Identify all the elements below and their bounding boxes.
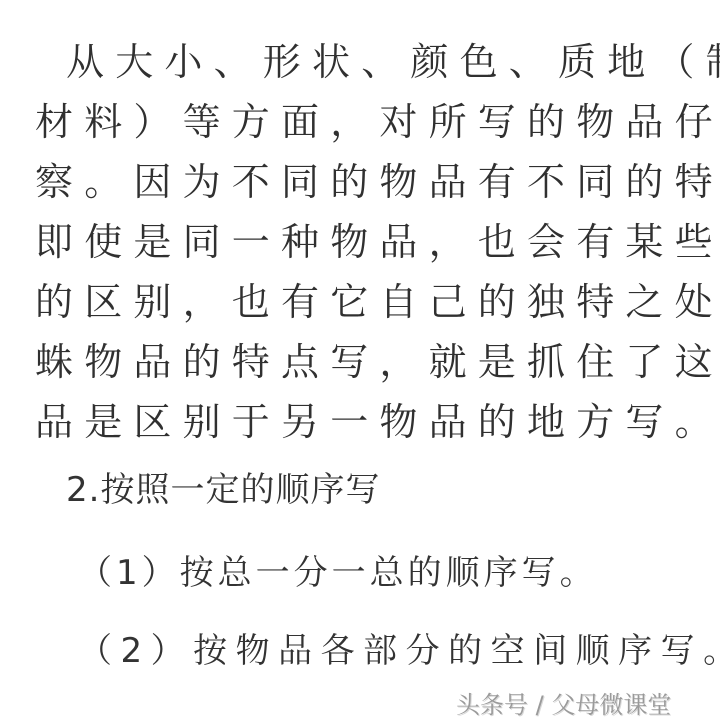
paragraph-line: 的区别，也有它自己的独特之处。蛛 [35,272,685,332]
paragraph-line: 察。因为不同的物品有不同的特点， [35,152,685,212]
section-heading: 2.按照一定的顺序写 [66,462,380,518]
paragraph-line: 品是区别于另一物品的地方写。 [35,392,685,452]
list-item: （1）按总一分一总的顺序写。 [78,545,598,601]
paragraph-line: 材料）等方面，对所写的物品仔细观 [35,92,685,152]
source-watermark: 头条号 / 父母微课堂 [456,688,671,722]
paragraph-line: 从大小、形状、颜色、质地（制造 [66,32,716,92]
paragraph-line: 即使是同一种物品，也会有某些席位 [35,212,685,272]
paragraph-line: 蛛物品的特点写，就是抓住了这一物 [35,332,685,392]
list-item: （2）按物品各部分的空间顺序写。 [78,623,720,679]
